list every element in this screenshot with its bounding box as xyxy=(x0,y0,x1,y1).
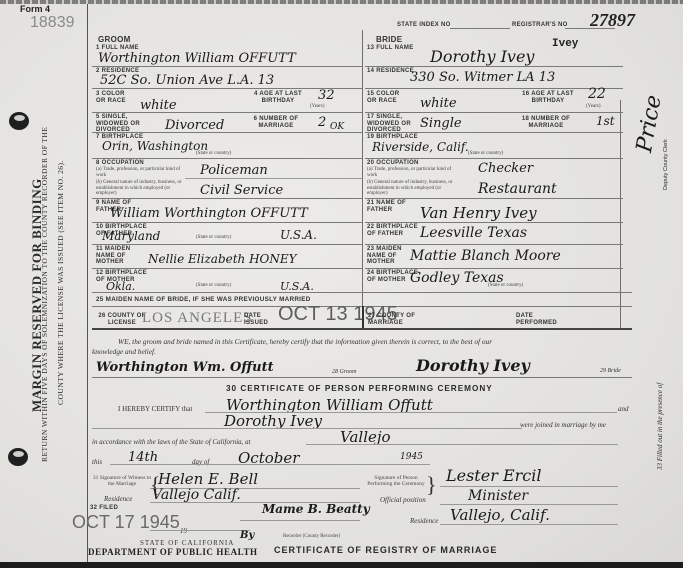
groom-full-name: Worthington William OFFUTT xyxy=(98,51,296,66)
binding-hole-icon xyxy=(8,448,28,466)
bride-residence-label: 14 RESIDENCE xyxy=(367,68,414,75)
state-index-label: STATE INDEX NO xyxy=(397,22,451,29)
date-performed-label: DATE PERFORMED xyxy=(516,313,566,326)
groom-residence: 52C So. Union Ave L.A. 13 xyxy=(100,73,274,88)
bride-residence: 330 So. Witmer LA 13 xyxy=(410,70,555,85)
ceremony-year: 1945 xyxy=(400,452,423,462)
deputy-clerk-signature: Price xyxy=(632,93,667,154)
groom-color: white xyxy=(140,98,177,113)
footer-department: DEPARTMENT OF PUBLIC HEALTH xyxy=(88,547,258,557)
bride-occupation: Checker xyxy=(478,161,533,176)
bride-father: Van Henry Ivey xyxy=(420,204,537,222)
performer-signature: Lester Ercil xyxy=(446,466,541,485)
witness-residence: Vallejo Calif. xyxy=(152,487,241,503)
groom-age-label: 4 AGE AT LAST BIRTHDAY xyxy=(252,91,304,104)
bride-full-name-label: 13 FULL NAME xyxy=(367,45,414,52)
groom-father-birthplace: Maryland xyxy=(102,229,160,243)
bride-father-label: 21 NAME OF FATHER xyxy=(367,200,407,213)
witness-residence-label: Residence xyxy=(104,495,132,503)
groom-mother: Nellie Elizabeth HONEY xyxy=(148,252,297,266)
performer-residence: Vallejo, Calif. xyxy=(450,506,550,524)
groom-marital-status: Divorced xyxy=(165,118,224,133)
certify-statement-end: knowledge and belief. xyxy=(92,347,156,356)
groom-mother-label: 11 MAIDEN NAME OF MOTHER xyxy=(96,246,136,266)
official-position: Minister xyxy=(468,488,528,504)
bottom-edge xyxy=(0,562,683,568)
bride-mother-state-label: (State or country) xyxy=(488,283,523,289)
groom-industry: Civil Service xyxy=(200,183,283,198)
laws-label: in accordance with the laws of the State… xyxy=(92,438,251,446)
county-of-license-label: 26 COUNTY OF LICENSE xyxy=(96,313,148,326)
groom-color-label: 3 COLOR OR RACE xyxy=(96,91,136,104)
bride-state-country-label: (State or country) xyxy=(468,151,503,157)
filled-out-note: 33 Filled out in the presence of xyxy=(656,383,664,470)
groom-father: William Worthington OFFUTT xyxy=(110,206,308,221)
bride-occ-a-label: (a) Trade, profession, or particular kin… xyxy=(367,167,455,178)
performer-residence-label: Residence xyxy=(410,517,438,525)
deputy-by-signature: By xyxy=(240,530,254,541)
official-position-label: Official position xyxy=(380,496,426,504)
groom-occupation: Policeman xyxy=(200,163,268,178)
bride-years-label: (Years) xyxy=(586,104,601,110)
groom-marriage-number-label: 6 NUMBER OF MARRIAGE xyxy=(250,116,302,129)
county-of-marriage-label: 27 COUNTY OF MARRIAGE xyxy=(368,313,418,326)
groom-birthplace: Orin, Washington xyxy=(102,139,208,153)
performer-brace-icon: } xyxy=(426,472,437,498)
groom-marriage-note: OK xyxy=(330,122,344,132)
groom-header: GROOM xyxy=(98,37,131,44)
groom-age: 32 xyxy=(318,88,335,103)
margin-instruction-1: RETURN WITHIN FIVE DAYS OF SOLEMNIZATION… xyxy=(40,127,49,462)
ceremony-day: 14th xyxy=(128,450,158,465)
bride-occupation-label: 20 OCCUPATION xyxy=(367,160,419,167)
groom-mother-state-label: (State or country) xyxy=(196,283,231,289)
recorder-signature: Mame B. Beatty xyxy=(262,502,370,516)
groom-marriage-number: 2 xyxy=(318,115,326,130)
recorder-label: Recorder (County Recorder) xyxy=(283,534,340,540)
bride-mother: Mattie Blanch Moore xyxy=(410,248,561,264)
bride-name-correction: Ivey xyxy=(552,38,578,50)
bride-age-label: 16 AGE AT LAST BIRTHDAY xyxy=(522,91,574,104)
bride-father-birthplace-label: 22 BIRTHPLACE OF FATHER xyxy=(367,224,419,237)
groom-state-country-label: (State or country) xyxy=(196,151,231,157)
registrar-number: 27897 xyxy=(590,10,635,31)
witness-label: 31 Signature of Witness to the Marriage xyxy=(92,476,152,487)
registrar-label: REGISTRAR'S NO xyxy=(512,22,568,29)
footer-state: STATE OF CALIFORNIA xyxy=(140,539,234,547)
marriage-certificate: Form 4 18839 MARGIN RESERVED FOR BINDING… xyxy=(0,0,683,562)
bride-signature-label: 29 Bride xyxy=(600,368,621,374)
bride-marriage-number: 1st xyxy=(596,114,615,128)
groom-signature: Worthington Wm. Offutt xyxy=(96,360,274,375)
bride-industry: Restaurant xyxy=(478,181,557,197)
joined-label: were joined in marriage by me xyxy=(520,421,606,429)
groom-signature-label: 28 Groom xyxy=(332,369,356,375)
top-edge xyxy=(0,0,683,4)
ceremony-title: 30 CERTIFICATE OF PERSON PERFORMING CERE… xyxy=(226,384,493,393)
bride-signature: Dorothy Ivey xyxy=(416,356,530,375)
groom-occ-a-label: (a) Trade, profession, or particular kin… xyxy=(96,167,184,178)
this-label: this xyxy=(92,458,102,466)
bride-marriage-number-label: 18 NUMBER OF MARRIAGE xyxy=(520,116,572,129)
county-of-license: LOS ANGELES xyxy=(142,310,253,327)
bride-header: BRIDE xyxy=(376,37,402,44)
filed-year-prefix: 19 xyxy=(180,527,187,535)
and-label: and xyxy=(618,405,629,413)
footer-certificate-title: CERTIFICATE OF REGISTRY OF MARRIAGE xyxy=(274,545,497,555)
stamp-number: 18839 xyxy=(30,14,75,32)
column-divider xyxy=(362,30,363,308)
bride-age: 22 xyxy=(588,86,606,102)
groom-years-label: (Years) xyxy=(310,104,325,110)
bride-color: white xyxy=(420,96,457,111)
bride-occ-b-label: (b) General nature of industry, business… xyxy=(367,180,462,197)
bride-color-label: 15 COLOR OR RACE xyxy=(367,91,407,104)
groom-father-state-label: (State or country) xyxy=(196,235,231,241)
groom-marital-label: 5 SINGLE, WIDOWED OR DIVORCED xyxy=(96,114,156,134)
bride-marital-status: Single xyxy=(420,116,462,131)
date-issued-label: DATE ISSUED xyxy=(244,313,278,326)
witness-signature: Helen E. Bell xyxy=(158,470,258,488)
filed-label: 32 FILED xyxy=(90,505,118,512)
bride-mother-label: 23 MAIDEN NAME OF MOTHER xyxy=(367,246,407,266)
form-label: Form 4 xyxy=(20,4,50,14)
groom-occupation-label: 8 OCCUPATION xyxy=(96,160,144,167)
bride-birthplace: Riverside, Calif. xyxy=(372,140,469,154)
hereby-certify-label: I HEREBY CERTIFY that xyxy=(118,405,192,413)
bride-father-birthplace: Leesville Texas xyxy=(420,225,527,241)
binding-hole-icon xyxy=(9,112,29,130)
bride-marital-label: 17 SINGLE, WIDOWED OR DIVORCED xyxy=(367,114,427,134)
margin-divider xyxy=(87,4,88,562)
certify-statement: WE, the groom and bride named in this Ce… xyxy=(118,337,492,346)
groom-occ-b-label: (b) General nature of industry, business… xyxy=(96,180,191,197)
groom-father-country: U.S.A. xyxy=(280,228,317,242)
bride-full-name: Dorothy Ivey xyxy=(430,47,534,66)
deputy-clerk-label: Deputy County Clerk xyxy=(663,139,669,190)
margin-instruction-2: COUNTY WHERE THE LICENSE WAS ISSUED (SEE… xyxy=(56,160,65,405)
performer-label: Signature of Person Performing the Cerem… xyxy=(366,476,426,487)
